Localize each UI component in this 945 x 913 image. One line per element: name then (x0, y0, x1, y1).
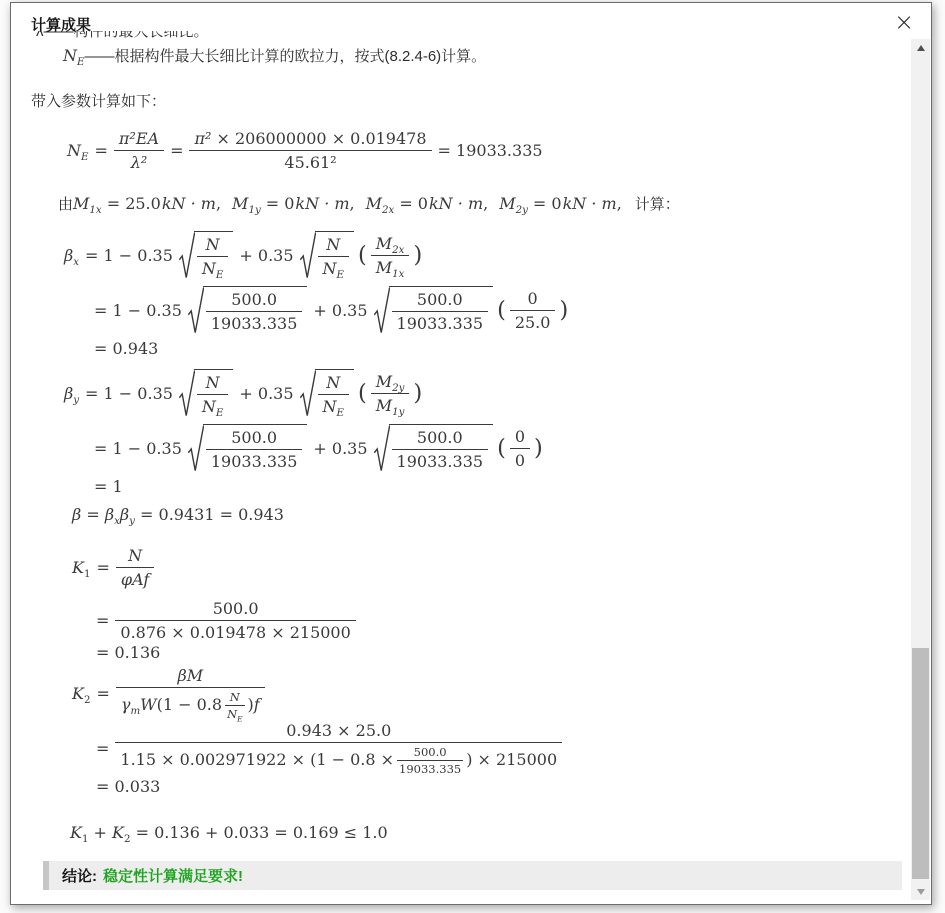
scrollbar-thumb[interactable] (912, 648, 929, 879)
fraction: π²EA λ² (114, 129, 164, 172)
close-button[interactable]: × (891, 9, 917, 35)
sqrt: NNE (179, 231, 233, 279)
k2-substitution: = 0.943 × 25.0 1.15 × 0.002971922 × (1 −… (96, 721, 562, 775)
radical-icon (374, 424, 390, 472)
radical-icon (374, 286, 390, 334)
conclusion-bar: 结论: 稳定性计算满足要求! (43, 861, 902, 890)
params-intro-line: 带入参数计算如下： (31, 90, 166, 112)
beta-y-substitution: = 1 − 0.35 500.019033.335 + 0.35 500.019… (94, 422, 541, 474)
radical-icon (188, 424, 204, 472)
beta-x-result: = 0.943 (94, 339, 158, 361)
fraction: π² × 206000000 × 0.019478 45.61² (189, 129, 431, 172)
beta-x-formula: βx = 1 − 0.35 NNE + 0.35 NNE ( M2x M1x ) (64, 229, 420, 281)
fraction: 0 25.0 (510, 289, 556, 332)
beta-y-result: = 1 (94, 477, 123, 499)
conclusion-text: 稳定性计算满足要求! (103, 865, 243, 886)
sqrt: NNE (179, 369, 233, 417)
ne-definition-line: NE——根据构件最大长细比计算的欧拉力，按式(8.2.4-6)计算。 (63, 45, 486, 67)
scroll-down-icon (917, 889, 925, 895)
fraction: M2y M1y (371, 372, 410, 415)
beta-x-substitution: = 1 − 0.35 500.019033.335 + 0.35 500.019… (94, 284, 566, 336)
sqrt: NNE (300, 369, 354, 417)
scroll-down-button[interactable] (911, 883, 930, 900)
radical-icon (179, 231, 195, 279)
fraction: N φAf (116, 546, 154, 589)
fraction: 0 0 (510, 427, 530, 470)
clipped-text-line: λ——构件的最大长细比。 (36, 31, 456, 39)
k2-formula: K2 = βM γmW(1 − 0.8NNE)f (72, 665, 265, 721)
sqrt: 500.019033.335 (188, 424, 308, 472)
k1-substitution: = 500.0 0.876 × 0.019478 × 215000 (96, 595, 356, 645)
sqrt: 500.019033.335 (374, 286, 494, 334)
fraction: 500.0 0.876 × 0.019478 × 215000 (115, 599, 355, 642)
moment-values-line: 由M1x= 25.0kN · m,M1y= 0kN · m,M2x= 0kN ·… (58, 193, 680, 217)
sqrt: 500.019033.335 (188, 286, 308, 334)
beta-y-formula: βy = 1 − 0.35 NNE + 0.35 NNE ( M2y M1y ) (64, 367, 420, 419)
sqrt: NNE (300, 231, 354, 279)
radical-icon (300, 231, 316, 279)
k1-formula: K1 = N φAf (72, 541, 154, 593)
k1-result: = 0.136 (96, 643, 160, 665)
fraction: M2x M1x (371, 234, 410, 277)
k2-result: = 0.033 (96, 777, 160, 799)
radical-icon (188, 286, 204, 334)
calculation-results-dialog: 计算成果 × λ——构件的最大长细比。 NE——根据构件最大长细比计算的欧拉力，… (10, 2, 932, 905)
conclusion-label: 结论: (62, 865, 97, 886)
scroll-up-icon (917, 45, 925, 51)
radical-icon (179, 369, 195, 417)
stability-check-line: K1 + K2 = 0.136 + 0.033 = 0.169 ≤ 1.0 (70, 823, 388, 847)
beta-product-line: β = βxβy = 0.9431 = 0.943 (72, 505, 284, 529)
euler-force-formula: NE = π²EA λ² = π² × 206000000 × 0.019478… (67, 124, 543, 176)
vertical-scrollbar[interactable] (911, 39, 930, 900)
radical-icon (300, 369, 316, 417)
scroll-up-button[interactable] (911, 39, 930, 56)
fraction: βM γmW(1 − 0.8NNE)f (116, 666, 265, 721)
fraction: 0.943 × 25.0 1.15 × 0.002971922 × (1 − 0… (115, 721, 562, 776)
close-icon: × (894, 8, 914, 36)
sqrt: 500.019033.335 (374, 424, 494, 472)
